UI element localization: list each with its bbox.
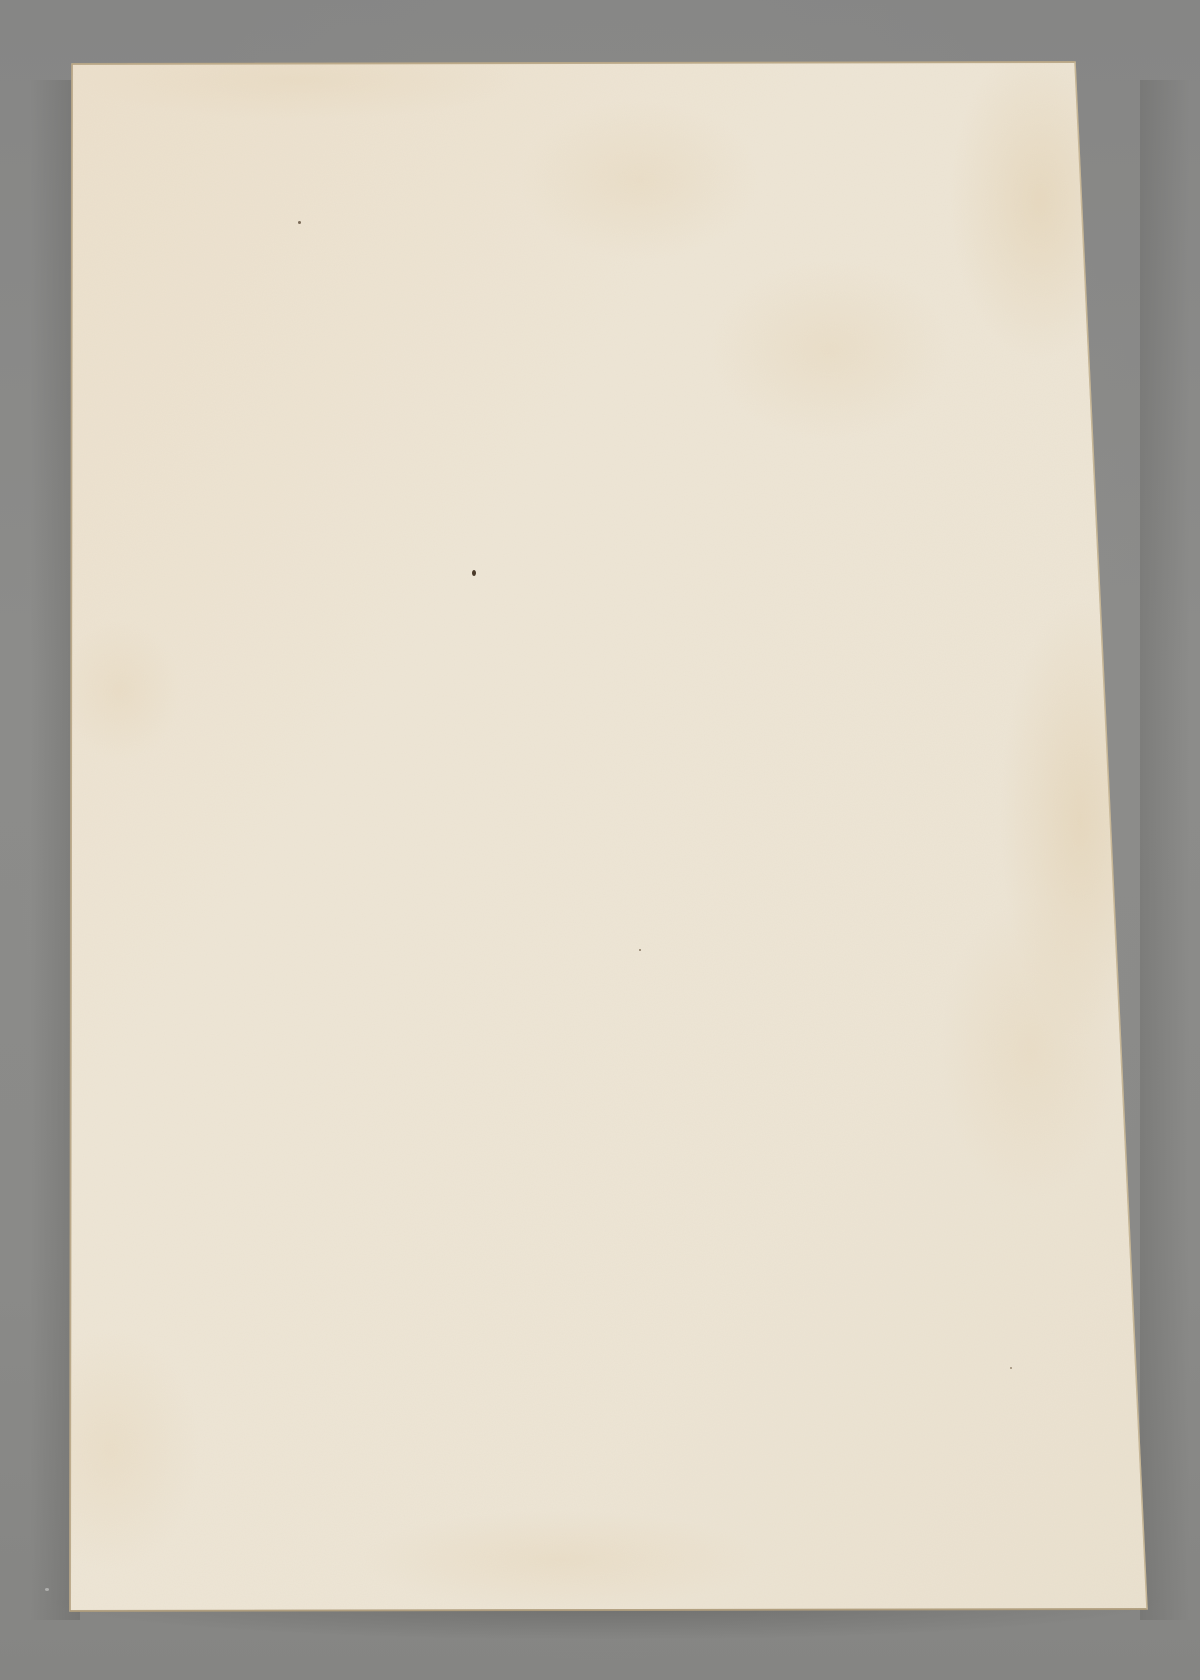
paper-sheet-shape — [0, 0, 1200, 1680]
paper-speck-upper — [298, 221, 301, 224]
paper-sheet — [0, 0, 1200, 1680]
paper-speck-lower — [1010, 1367, 1012, 1369]
paper-speck-center — [472, 570, 476, 576]
paper-speck-middle — [639, 949, 641, 951]
floor-speck — [45, 1588, 49, 1591]
